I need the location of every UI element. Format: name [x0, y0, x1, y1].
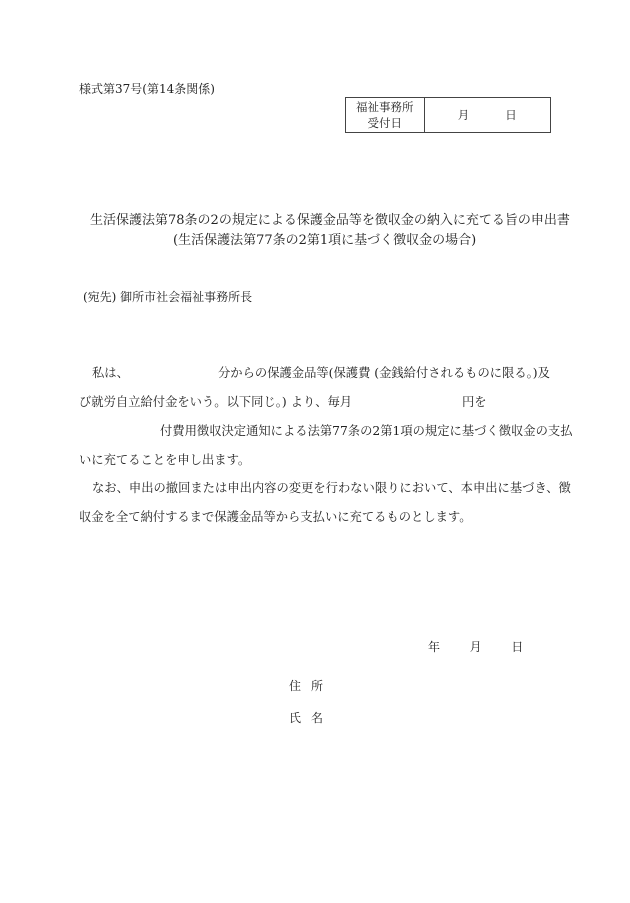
receipt-label: 福祉事務所 受付日: [346, 98, 425, 133]
date-month: 月: [470, 638, 482, 655]
body-line1-start: 私は、: [92, 363, 129, 381]
name-label: 氏名: [289, 709, 333, 726]
receipt-label-line2: 受付日: [346, 115, 424, 131]
addressee: (宛先) 御所市社会福祉事務所長: [83, 288, 252, 305]
body-line2-end: 円を: [462, 392, 487, 410]
address-label: 住所: [289, 677, 333, 694]
body-line4: いに充てることを申し出ます。: [79, 450, 250, 468]
body-line1-end: 分からの保護金品等(保護費 (金銭給付されるものに限る。)及: [218, 363, 550, 381]
document-subtitle: (生活保護法第77条の2第1項に基づく徴収金の場合): [173, 229, 476, 248]
date-day: 日: [511, 638, 523, 655]
body-line6: 収金を全て納付するまで保護金品等から支払いに充てるものとします。: [79, 507, 472, 525]
date-year: 年: [428, 638, 440, 655]
document-title: 生活保護法第78条の2の規定による保護金品等を徴収金の納入に充てる旨の申出書: [90, 209, 570, 228]
body-line5: なお、申出の撤回または申出内容の変更を行わない限りにおいて、本申出に基づき、徴: [92, 478, 571, 496]
receipt-label-line1: 福祉事務所: [346, 99, 424, 115]
body-line3: 付費用徴収決定通知による法第77条の2第1項の規定に基づく徴収金の支払: [160, 421, 573, 439]
receipt-date-field[interactable]: 月日: [424, 98, 550, 133]
receipt-month-label: 月: [458, 108, 470, 122]
form-number: 様式第37号(第14条関係): [79, 80, 215, 97]
receipt-day-label: 日: [505, 108, 517, 122]
receipt-date-box: 福祉事務所 受付日 月日: [345, 97, 551, 133]
body-line2-start: び就労自立給付金をいう。以下同じ。) より、毎月: [79, 392, 352, 410]
application-date: 年 月 日: [428, 638, 523, 655]
